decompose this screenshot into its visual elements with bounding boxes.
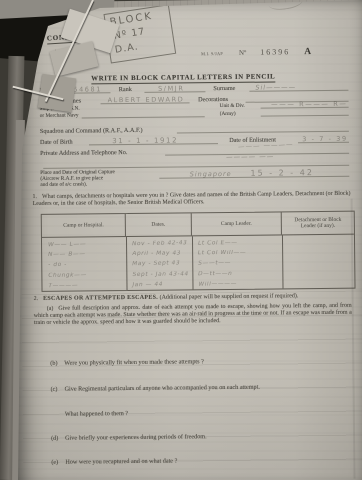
cell-dates: Jan — 44 [127,281,193,288]
cell-camp: T———— [42,281,126,289]
address-label: Private Address and Telephone No. [40,149,162,157]
field-row-identity: No. 1054681 Rank S/MJR Surname Sil———— [39,82,351,94]
capture-date-value: 15 - 2 - 42 [250,168,313,178]
rank-line: S/MJR [145,83,206,93]
cell-dates: April - May 43 [126,251,192,258]
table-row: T———— Jan — 44 Will———— [42,277,354,290]
cell-camp: N—— B—— [42,251,126,258]
cell-leader: Lt Col E—— [192,239,283,247]
cell-dates: Sept - Jan 43-44 [127,271,193,278]
number-sign: Nº [239,49,246,57]
cell-block-leader [282,252,354,253]
surname-label: Surname [213,85,246,92]
cell-block-leader [282,262,354,264]
unit-label-line1: Unit & Div. [220,102,258,109]
capture-label-line3: and date of a/c crash). [40,181,156,188]
capture-place-value: Singapore [190,170,232,178]
unit-field: Unit & Div. ——— R——— R— (Army) [220,101,352,117]
question-1: 1.What camps, detachments or hospitals w… [33,191,351,209]
date-of-birth-label: Date of Birth [40,138,86,145]
capture-line: Singapore 15 - 2 - 42 [159,168,349,179]
scan-artifact-lines [22,291,362,480]
rank-label: Rank [119,86,142,93]
unit-label-line2: (Army) [220,110,258,117]
camps-table-body: W—— L—— Nov - Feb 42-43 Lt Col E—— N—— B… [42,235,355,291]
cell-camp: - do - [42,261,126,269]
cell-leader: S——t—— [192,259,283,267]
address-value-2: ———— —— [226,152,274,161]
surname-value: Sil———— [255,83,296,91]
cell-block-leader [283,272,355,273]
ship-label-line2: or Merchant Navy [40,112,79,119]
camps-table: Camp or Hospital. Dates. Camp Leader. De… [41,211,356,292]
series-letter: A [304,47,311,57]
unit-value: ——— R——— R— [271,100,347,109]
cell-leader: Lt Col Will—— [192,250,283,257]
cell-block-leader [283,282,355,284]
cell-leader: Will———— [192,280,283,288]
question-1-text: What camps, detachments or hospitals wer… [33,191,351,208]
cell-camp: Chungk—— [42,272,126,279]
field-row-unit: Ship (R.N., U.S.N. or Merchant Navy Unit… [40,101,352,119]
enlistment-value: 3 - 7 - 39 [302,135,348,143]
cell-dates: May - Sept 43 [126,260,192,267]
unit-line-2 [261,109,349,117]
enlistment-line: 3 - 7 - 39 [298,134,349,144]
cell-block-leader [282,241,354,243]
capture-label-block: Place and Date of Original Capture (Airc… [40,169,156,189]
squadron-label: Squadron and Command (R.A.F., A.A.F.) [40,127,174,135]
squadron-line [177,123,349,134]
date-of-birth-line: 31 - 1 - 1912 [89,135,218,145]
cell-leader: D—tt——n [192,270,283,277]
ship-line [81,110,204,118]
header-camp-or-hospital: Camp or Hospital. [42,214,126,237]
surname-line: Sil———— [249,82,348,92]
header-camp-leader: Camp Leader. [191,212,282,235]
cell-dates: Nov - Feb 42-43 [126,240,192,247]
field-row-squadron: Squadron and Command (R.A.F., A.A.F.) [40,123,352,135]
field-row-address: Private Address and Telephone No. [40,145,352,157]
question-1-number: 1. [33,194,38,200]
camps-table-header: Camp or Hospital. Dates. Camp Leader. De… [42,212,354,238]
header-block-leader: Detachment or Block Leader (if any). [282,212,354,235]
unit-line-1: ——— R——— R— [261,101,349,109]
form-reference-line: M.I. 9/JAP Nº 16396 A [201,41,311,60]
date-of-birth-value: 31 - 1 - 1912 [112,136,178,145]
field-row-capture: Place and Date of Original Capture (Airc… [40,167,352,189]
serial-number: 16396 [260,47,290,56]
scanned-pow-questionnaire: CONFIDENTIAL BLOCK Nº 17 D.A. M.I. 9/JAP… [0,0,362,480]
field-row-dates: Date of Birth 31 - 1 - 1912 Date of Enli… [40,134,352,146]
rank-value: S/MJR [158,84,184,92]
form-reference: M.I. 9/JAP [201,51,223,56]
cell-camp: W—— L—— [42,241,126,249]
header-dates: Dates. [126,213,192,236]
